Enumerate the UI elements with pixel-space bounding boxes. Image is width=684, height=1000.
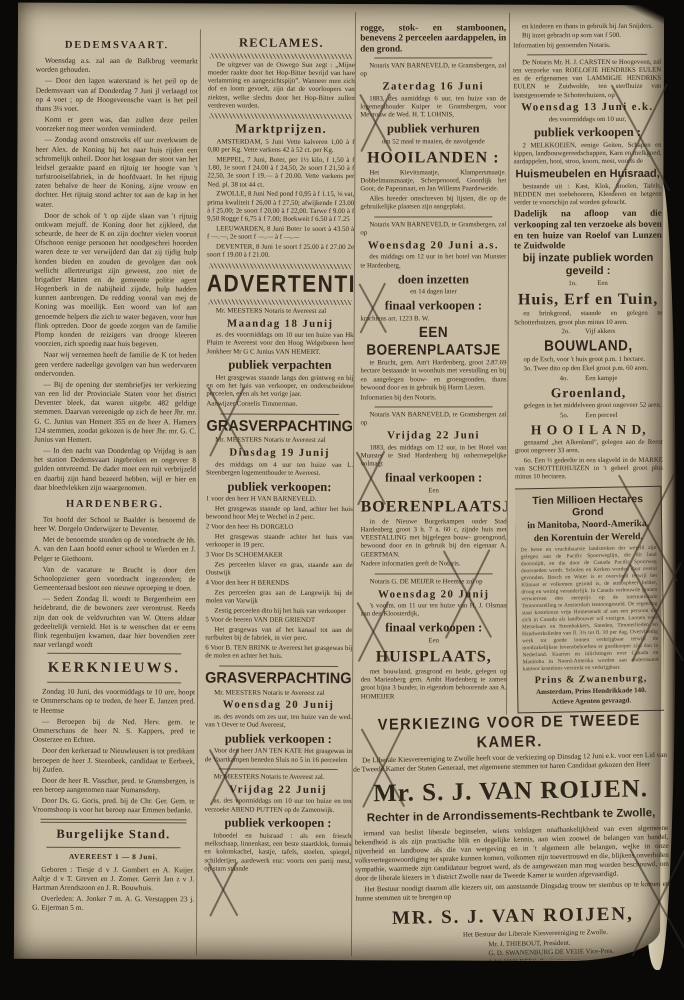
divider-rule bbox=[374, 58, 492, 59]
text-block: 3 Voor Ds SCHOEMAKER bbox=[206, 551, 353, 560]
text-block: Notaris G. DE MEIJER te Heemse zal op bbox=[361, 578, 507, 586]
text-block: ZWOLLE, 8 Juni Ned pond f 0,95 à f 1.15,… bbox=[207, 191, 354, 225]
manitoba-ad-fineprint: De beste en vruchtbaarste landstreken de… bbox=[521, 544, 659, 673]
text-block: 1883, des middags om 12 uur, in het Hote… bbox=[361, 444, 507, 469]
manitoba-ad-agent: Prins & Zwanenburg, bbox=[523, 672, 659, 686]
text-block: Woensdag a.s. zal aan de Balkbrug veemar… bbox=[36, 56, 198, 75]
divider-rule bbox=[219, 768, 338, 770]
candidate-name: MR. S. J. VAN ROIJEN, bbox=[356, 902, 670, 932]
text-block: 3o. Twee dito op den Ekel groot p.m. 60 … bbox=[514, 365, 662, 374]
text-block: Vrijdag 22 Junij bbox=[205, 783, 352, 797]
huismeubelen-heading: Huismeubelen en Huisraad, bbox=[514, 168, 662, 182]
text-block: 1883, des namiddags 6 uur, ten huize van… bbox=[360, 95, 506, 120]
groenland-heading: Groenland, bbox=[515, 384, 663, 401]
text-block: gelegen in het middelveen groot ongeveer… bbox=[515, 402, 663, 411]
text-block: en 14 dagen later bbox=[360, 289, 506, 297]
scanned-newspaper-scene: DEDEMSVAART.Woensdag a.s. zal aan de Bal… bbox=[0, 0, 684, 1000]
text-block: Komt er geen was, dan zullen deze peilen… bbox=[36, 115, 198, 134]
text-block: 2 Voor den heer Hs DORGELO bbox=[206, 523, 353, 532]
text-block: Zestig perceelen dito bij het huis van v… bbox=[205, 607, 352, 616]
hooilanden-heading: HOOILANDEN : bbox=[360, 148, 506, 168]
text-block: om 52 maal te maaien, de navolgende bbox=[360, 138, 506, 146]
text-block: Mr. MEESTERS Notaris te Avereest zal bbox=[205, 689, 352, 698]
text-block: Aanwijzer Cornelis Timmerman. bbox=[206, 401, 353, 410]
text-block: Notaris VAN BARNEVELD, te Gramsbergen, z… bbox=[360, 221, 506, 238]
text-block: — Sedert Zondag ll. woedt te Bergentheim… bbox=[33, 594, 195, 650]
divider-rule bbox=[374, 216, 492, 217]
divider-rule bbox=[47, 682, 181, 684]
text-block: Actieve Agenten gevraagd. bbox=[523, 696, 659, 707]
text-block: 1 voor den heer H VAN BARNEVELD. bbox=[206, 496, 353, 505]
text-block: Woensdag 20 Junij bbox=[361, 588, 507, 601]
text-block: Notaris VAN BARNEVELD, te Gramsbergen, z… bbox=[360, 63, 506, 80]
verkiezing-heading: VERKIEZING VOOR DE TWEEDE KAMER. bbox=[352, 710, 667, 755]
text-block: as. des voormiddags om 10 uur ten huize … bbox=[205, 798, 352, 815]
text-block: Overleden: A. Jonker 7 m. A. G. Verstapp… bbox=[32, 894, 194, 913]
text-block: krachtens art. 1223 B. W. bbox=[360, 315, 506, 323]
text-block: 6 Voor B. TEN BRINK te Avereest het gras… bbox=[205, 645, 352, 662]
text-block: Woensdag 20 Juni a.s. bbox=[360, 239, 506, 252]
divider-rule bbox=[41, 818, 187, 823]
text-block: publiek verkoopen: bbox=[206, 479, 353, 495]
text-block: rogge, stok- en stamboonen, benevens 2 p… bbox=[360, 22, 506, 54]
text-block: Het Bestuur noodigt daarom alle kiezers … bbox=[355, 880, 669, 904]
text-block: 's voorm. om 11 uur ten huize van H. J. … bbox=[361, 603, 507, 620]
divider-rule bbox=[527, 54, 647, 56]
text-block: Mr. MEESTERS Notaris te Avereest zal bbox=[207, 307, 354, 316]
text-block: Notaris VAN BARNEVELD, te Gramsbergen za… bbox=[361, 411, 507, 428]
text-block: Van de vacature te Brucht is door den Sc… bbox=[34, 564, 196, 592]
divider-rule bbox=[46, 846, 180, 848]
candidate-title: Rechter in de Arrondissements-Rechtbank … bbox=[354, 806, 668, 826]
advertisement-column-3: rogge, stok- en stamboonen, benevens 2 p… bbox=[360, 20, 507, 720]
divider-rule bbox=[220, 413, 339, 415]
text-block: Woensdag 20 Junij bbox=[205, 699, 352, 713]
text-block: Nadere informatien geeft de Notaris. bbox=[361, 561, 507, 569]
bouwland-heading: BOUWLAND, bbox=[514, 337, 662, 355]
text-block: 5 Voor de heeren VAN DER GRIENDT bbox=[205, 617, 352, 626]
newspaper-page: DEDEMSVAART.Woensdag a.s. zal aan de Bal… bbox=[14, 3, 664, 962]
text-block: — Door den lagen waterstand is het peil … bbox=[36, 76, 198, 113]
text-block: Woensdag 13 Juni e.k. bbox=[513, 101, 661, 115]
advertisement-column-2: RECLAMES.De uitgever van de Oswego Sun z… bbox=[204, 33, 355, 958]
text-block: Informatien bij genoemden Notaris. bbox=[513, 42, 661, 51]
text-block: Dadelijk na afloop van die verkooping za… bbox=[514, 208, 662, 251]
section-heading-kerknieuws: KERKNIEUWS. bbox=[33, 660, 195, 679]
text-block: — Bij de opening der stembriefjes ter ve… bbox=[34, 380, 196, 445]
text-block: Door den kerkeraad te Nieuwleusen is tot… bbox=[33, 746, 195, 774]
text-block: publiek verkoopen : bbox=[205, 731, 352, 747]
text-block: finaal verkoopen : bbox=[361, 470, 507, 485]
text-block: Voor den heer JAN TEN KATE Het grasgewas… bbox=[205, 748, 352, 765]
text-block: Met de benoemde stonden op de voordracht… bbox=[34, 535, 196, 563]
text-block: bij inzate publiek worden geveild : bbox=[514, 252, 662, 279]
news-column-1: DEDEMSVAART.Woensdag a.s. zal aan de Bal… bbox=[32, 33, 198, 958]
text-block: bestaande uit : Kast, Klok, Stoelen, Taf… bbox=[514, 182, 662, 207]
text-block: 4 Voor den heer H BERENDS bbox=[206, 579, 353, 588]
text-block: Een bbox=[361, 637, 507, 645]
manitoba-ad-headline: Tien Millioen Hectares Grond bbox=[520, 492, 656, 520]
text-block: Amsterdam, Prins Hendrikkade 140. bbox=[523, 686, 659, 697]
text-block: op de Esch, voor 't huis groot p.m. 1 he… bbox=[514, 355, 662, 364]
text-block: Het grasgewas van af het kanaal tot aan … bbox=[205, 627, 352, 644]
text-block: AMSTERDAM, 5 Juni Vette kalveren 1,00 à … bbox=[207, 138, 354, 155]
section-heading-dedemsvaart: DEDEMSVAART. bbox=[36, 39, 198, 53]
text-block: Door de heer R. Visscher, pred. te Grams… bbox=[33, 776, 195, 795]
text-block: De uitgever van de Oswego Sun zegt : „Mi… bbox=[208, 61, 355, 111]
text-block: as. des voormiddags om 10 uur ten huize … bbox=[207, 331, 354, 356]
text-block: Zes perceelen klaver en gras, staande aa… bbox=[206, 561, 353, 578]
advertentien-heading: ADVERTENTIEN bbox=[207, 269, 354, 299]
text-block: Het grasgewas staande achter het huis va… bbox=[206, 533, 353, 550]
text-block: — Zondag avond omstreeks elf uur overkwa… bbox=[35, 135, 197, 209]
candidate-name: Mr. S. J. VAN ROIJEN. bbox=[353, 773, 668, 810]
text-block: De Notaris Mr. H. J. CARSTEN te Hoogevee… bbox=[513, 59, 661, 100]
text-block: 4o. Een kampje bbox=[515, 375, 663, 384]
text-block: AVEREEST 1 — 8 Juni. bbox=[32, 851, 194, 861]
text-block: Vrijdag 22 Juni bbox=[361, 429, 507, 442]
text-block: DEVENTER, 8 Juni 1e soort f 25.00 à f 27… bbox=[207, 243, 354, 260]
text-block: as. des avonds om zes uur, ten huize van… bbox=[205, 713, 352, 730]
divider-rule bbox=[209, 263, 352, 269]
text-block: Het grasgewas staande op land, achter he… bbox=[206, 505, 353, 522]
section-heading-hardenberg: HARDENBERG. bbox=[34, 498, 196, 512]
text-block: in de Nieuwe Burgerkampen onder Stad Har… bbox=[361, 518, 507, 560]
boerenplaatsje-heading: BOERENPLAATSJE bbox=[361, 497, 507, 517]
text-block: Inboedel en huisraad : als een friesch m… bbox=[204, 832, 351, 874]
text-block: Door de schok of 't op zijde slaan van '… bbox=[35, 210, 198, 348]
grasverpachting-heading: GRASVERPACHTING. bbox=[205, 670, 352, 689]
huis-erf-en-tuin-heading: Huis, Erf en Tuin, bbox=[514, 290, 662, 310]
advertisement-column-4: en kinderen en thans in gebruik bij Jan … bbox=[513, 21, 664, 722]
text-block: Informatien bij den Notaris. bbox=[361, 394, 507, 402]
text-block: MEPPEL, 7 Juni, Boter, per 1½ kilo, f 1,… bbox=[207, 156, 354, 190]
text-block: des middags om 12 uur in het hotel van M… bbox=[360, 254, 506, 271]
text-block: met bouwland, grasgrond en heide, gelege… bbox=[361, 668, 507, 701]
section-heading-reclames: RECLAMES. bbox=[208, 35, 355, 51]
text-block: publiek verkoopen : bbox=[513, 125, 661, 141]
text-block: en brinkgrond, staande en gelegen te Sch… bbox=[514, 310, 662, 327]
divider-rule bbox=[219, 665, 338, 667]
text-block: publiek verkoopen : bbox=[204, 816, 351, 832]
text-block: Zondag 10 Juni, des voormiddags te 10 ur… bbox=[33, 687, 195, 715]
hooiland-heading: H O O I L A N D, bbox=[515, 421, 663, 438]
text-block: finaal verkoopen : bbox=[360, 298, 506, 313]
text-block: te Brucht, gem. Am't Hardenberg, groot 2… bbox=[360, 359, 506, 392]
text-block: Een bbox=[361, 487, 507, 495]
text-block: publiek verpachten bbox=[206, 358, 353, 374]
text-block: — Beroepen bij de Ned. Herv. gem. te Omm… bbox=[33, 716, 195, 744]
text-block: Zes perceelen gras aan de Langewijk bij … bbox=[205, 589, 352, 606]
text-block: Naar wij vernemen heeft de familie de K … bbox=[34, 350, 196, 378]
text-block: genaamd „het Alkenland”, gelegen aan de … bbox=[515, 439, 663, 456]
text-block: den Korentuin der Wereld. bbox=[520, 531, 656, 545]
election-announcement-section: VERKIEZING VOOR DE TWEEDE KAMER.De Liber… bbox=[352, 710, 670, 964]
section-heading-marktprijzen: Marktprijzen. bbox=[208, 122, 355, 138]
text-block: in Manitoba, Noord-Amerika. bbox=[520, 519, 656, 533]
text-block: iemand van beslist liberale beginselen, … bbox=[354, 824, 669, 884]
text-block: doen inzetten bbox=[360, 272, 506, 287]
text-block: Zaterdag 16 Juni bbox=[360, 81, 506, 94]
text-block: Geboren : Tiesje d v J. Gombert en A. Ku… bbox=[32, 864, 194, 892]
text-block: Maandag 18 Junij bbox=[207, 317, 354, 331]
dark-corner-shadow bbox=[620, 0, 684, 30]
text-block: Het Kievitsmaatje, Klampersmaatje. Dobbe… bbox=[360, 169, 506, 194]
divider-rule bbox=[210, 53, 353, 59]
text-block: Dinsdag 19 Junij bbox=[206, 447, 353, 461]
text-block: Door Ds. G. Goris, pred. bij de Chr. Ger… bbox=[33, 796, 195, 815]
divider-rule bbox=[47, 653, 181, 655]
text-block: Het grasgewas staande langs den grintweg… bbox=[206, 374, 353, 399]
text-block: finaal verkoopen : bbox=[361, 621, 507, 636]
text-block: Alles breeder omschreven bij lijsten, di… bbox=[360, 196, 506, 213]
divider-rule bbox=[375, 573, 493, 574]
divider-rule bbox=[210, 114, 353, 120]
text-block: Mr. MEESTERS Notaris te Avereest zal bbox=[206, 437, 353, 446]
divider-rule bbox=[209, 299, 352, 305]
text-block: 1o. Een bbox=[514, 280, 662, 289]
text-block: publiek verhuren bbox=[360, 122, 506, 137]
manitoba-advertisement-box: Tien Millioen Hectares Grondin Manitoba,… bbox=[513, 485, 664, 713]
text-block: des middags om 4 uur ten huize van L. St… bbox=[206, 461, 353, 478]
section-heading-burgelijke-stand: Burgelijke Stand. bbox=[32, 827, 194, 843]
grasverpachting-heading: GRASVERPACHTING bbox=[206, 418, 353, 437]
boerenplaatsje-heading: EEN BOERENPLAATSJE bbox=[360, 323, 506, 359]
text-block: des voormiddags om 10 uur, bbox=[513, 115, 661, 124]
text-block: Mr MEESTERS Notaris te Avereest zal. bbox=[205, 773, 352, 782]
huisplaats-heading: HUISPLAATS, bbox=[361, 647, 507, 667]
divider-rule bbox=[375, 406, 493, 407]
text-block: 2o. Vijf akkers bbox=[514, 328, 662, 337]
text-block: 5o. Een perceel bbox=[515, 412, 663, 421]
text-block: LEEUWARDEN, 8 Juni Boter 1e soort à 43.5… bbox=[207, 225, 354, 242]
text-block: Bij inzet gebracht op som van f 500. bbox=[513, 32, 661, 41]
text-block: — In den nacht van Donderdag op Vrijdag … bbox=[34, 446, 196, 493]
text-block: 6o. Een ⅓ gedeelte in een slagveld in de… bbox=[515, 457, 663, 482]
text-block: Tot hoofd der School te Baalder is benoe… bbox=[34, 515, 196, 534]
text-block: 2 MELKKOEIEN, eenige Geiten, Schapen en … bbox=[513, 142, 661, 167]
